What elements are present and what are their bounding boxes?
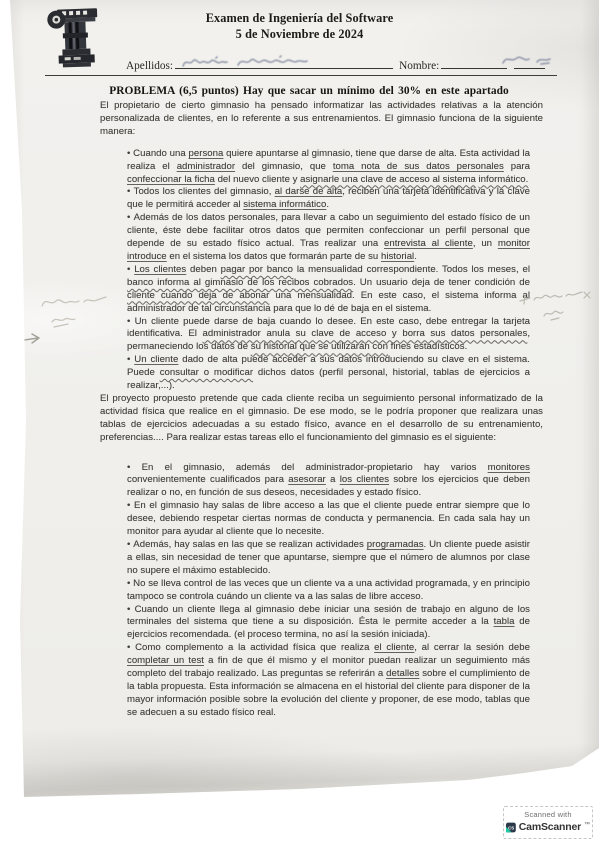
- problem-heading: PROBLEMA (6,5 puntos) Hay que sacar un m…: [19, 85, 599, 97]
- operation-item-monitores: En el gimnasio, además del administrador…: [127, 462, 530, 501]
- nombre-label: Nombre:: [399, 60, 439, 72]
- rule-item-alta: Cuando una persona quiere apuntarse al g…: [127, 148, 530, 187]
- operation-item-salas-libres: En el gimnasio hay salas de libre acceso…: [127, 500, 530, 539]
- apellidos-label: Apellidos:: [126, 60, 173, 72]
- exam-title: Examen de Ingeniería del Software 5 de N…: [0, 11, 599, 42]
- operation-item-control: No se lleva control de las veces que un …: [127, 578, 530, 604]
- rule-item-perfil: Además de los datos personales, para lle…: [127, 212, 530, 264]
- camscanner-badge: Scanned with CS CamScanner ™: [503, 806, 593, 839]
- apellidos-field-line: [175, 57, 393, 69]
- scanned-paper-sheet: Examen de Ingeniería del Software 5 de N…: [0, 0, 599, 800]
- operation-item-actividades: Además, hay salas en las que se realizan…: [127, 539, 530, 578]
- header-divider: [45, 75, 557, 76]
- intro-paragraph: El propietario de cierto gimnasio ha pen…: [100, 100, 543, 139]
- name-fields-row: Apellidos:Nombre:: [126, 57, 545, 72]
- problem-statement: El propietario de cierto gimnasio ha pen…: [100, 100, 543, 720]
- nombre-field-line-2: [514, 57, 545, 69]
- project-paragraph: El proyecto propuesto pretende que cada …: [100, 393, 543, 445]
- camscanner-trademark: ™: [584, 821, 590, 829]
- cs-letters: CS: [508, 825, 514, 830]
- exam-title-line1: Examen de Ingeniería del Software: [0, 11, 599, 27]
- scanned-with-label: Scanned with: [506, 810, 590, 819]
- operation-item-sesion: Cuando un cliente llega al gimnasio debe…: [127, 604, 530, 643]
- gym-operation-list: En el gimnasio, además del administrador…: [100, 462, 530, 720]
- nombre-field-line: [441, 57, 507, 69]
- camscanner-icon: CS: [506, 821, 516, 834]
- gym-rules-list: Cuando una persona quiere apuntarse al g…: [100, 148, 530, 393]
- operation-item-test: Como complemento a la actividad física q…: [127, 642, 530, 719]
- margin-arrow-icon: [16, 333, 44, 347]
- rule-item-baja: Un cliente puede darse de baja cuando lo…: [127, 316, 530, 355]
- rule-item-acceso-datos: Un cliente dado de alta puede acceder a …: [127, 354, 530, 393]
- rule-item-tarjeta: Todos los clientes del gimnasio, al dars…: [127, 186, 530, 212]
- camscanner-brand: CamScanner: [519, 821, 581, 834]
- rule-item-pagos: Los clientes deben pagar por banco la me…: [127, 264, 530, 316]
- exam-date: 5 de Noviembre de 2024: [0, 27, 599, 43]
